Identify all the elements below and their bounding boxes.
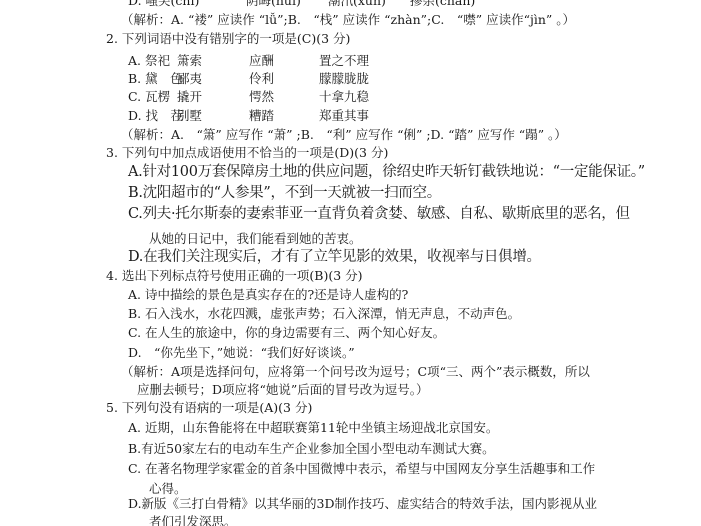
- q4-option-d: D. “你先坐下，”她说：“我们好好谈谈。”: [128, 345, 355, 361]
- q4-option-c: C. 在人生的旅途中，你的身边需要有三、两个知心好友。: [128, 325, 445, 341]
- option-word: 愕然: [249, 89, 319, 105]
- q3-stem: 3. 下列句中加点成语使用不恰当的一项是(D)(3 分): [106, 145, 388, 161]
- q1-d-word4: 掺杂(chān): [410, 0, 475, 9]
- q1-d-word2: 阴晦(huì): [246, 0, 328, 9]
- q5-option-a: A. 近期，山东鲁能将在中超联赛第11轮中坐镇主场迎战北京国安。: [128, 420, 498, 436]
- q3-option-c-cont: 从她的日记中，我们能看到她的苦衷。: [149, 231, 362, 247]
- q5-option-d-cont: 者们引发深思。: [149, 514, 237, 526]
- q1-option-d: D. 嗤笑(chī)阴晦(huì)潮汛(xùn)掺杂(chān): [128, 0, 475, 9]
- option-word: 应酬: [249, 53, 319, 69]
- q3-option-b: B.沈阳超市的“人参果”，不到一天就被一扫而空。: [128, 185, 441, 201]
- q2-analysis: （解析：A. “箫” 应写作 “萧” ;B. “利” 应写作 “俐” ;D. “…: [121, 127, 567, 143]
- q3-option-c: C.列夫·托尔斯泰的妻索菲亚一直背负着贪婪、敏感、自私、歇斯底里的恶名，但: [128, 206, 630, 222]
- option-word: 朦朦胧胧: [319, 71, 369, 87]
- q1-d-word3: 潮汛(xùn): [328, 0, 410, 9]
- q4-analysis-cont: 应删去顿号；D项应将“她说”后面的冒号改为逗号。）: [137, 382, 429, 398]
- q1-d-word1: D. 嗤笑(chī): [128, 0, 246, 9]
- q4-analysis: （解析：A项是选择问句，应将第一个问号改为逗号；C项“三、两个”表示概数，所以: [121, 364, 590, 380]
- q2-option-c: C. 瓦楞撬开愕然十拿九稳: [128, 89, 369, 105]
- q5-stem: 5. 下列句没有语病的一项是(A)(3 分): [106, 400, 312, 416]
- option-word: 箫索: [177, 53, 249, 69]
- q2-stem: 2. 下列词语中没有错别字的一项是(C)(3 分): [106, 31, 350, 47]
- q4-stem: 4. 选出下列标点符号使用正确的一项(B)(3 分): [106, 268, 363, 284]
- q5-option-b: B.有近50家左右的电动车生产企业参加全国小型电动车测试大赛。: [128, 441, 495, 457]
- option-word: 十拿九稳: [319, 89, 369, 105]
- q2-option-b: B. 黛 色鄙夷伶利朦朦胧胧: [128, 71, 369, 87]
- q5-option-c: C. 在著名物理学家霍金的首条中国微博中表示，希望与中国网友分享生活趣事和工作: [128, 461, 595, 477]
- q5-option-c-cont: 心得。: [149, 481, 187, 497]
- q3-option-a: A.针对100万套保障房土地的供应问题，徐绍史昨天斩钉截铁地说：“一定能保证。”: [128, 164, 645, 180]
- q5-option-d: D.新版《三打白骨精》以其华丽的3D制作技巧、虚实结合的特效手法，国内影视从业: [128, 496, 597, 512]
- option-word: 伶利: [249, 71, 319, 87]
- option-word: 糟踏: [249, 108, 319, 124]
- option-word: 郑重其事: [319, 108, 369, 124]
- q4-option-b: B. 石入浅水，水花四溅，虚张声势；石入深潭，悄无声息，不动声色。: [128, 306, 520, 322]
- option-word: 别墅: [177, 108, 249, 124]
- option-word: 鄙夷: [177, 71, 249, 87]
- q2-option-a: A. 祭祀箫索应酬置之不理: [128, 53, 369, 69]
- option-word: 置之不理: [319, 53, 369, 69]
- q3-option-d: D.在我们关注现实后，才有了立竿见影的效果，收视率与日俱增。: [128, 249, 541, 265]
- q2-option-d: D. 找 茬别墅糟踏郑重其事: [128, 108, 369, 124]
- q4-option-a: A. 诗中描绘的景色是真实存在的?还是诗人虚构的?: [128, 287, 408, 303]
- option-word: 撬开: [177, 89, 249, 105]
- q1-analysis: （解析：A. “褛” 应读作 “lǚ”;B. “栈” 应读作 “zhàn”;C.…: [121, 12, 575, 28]
